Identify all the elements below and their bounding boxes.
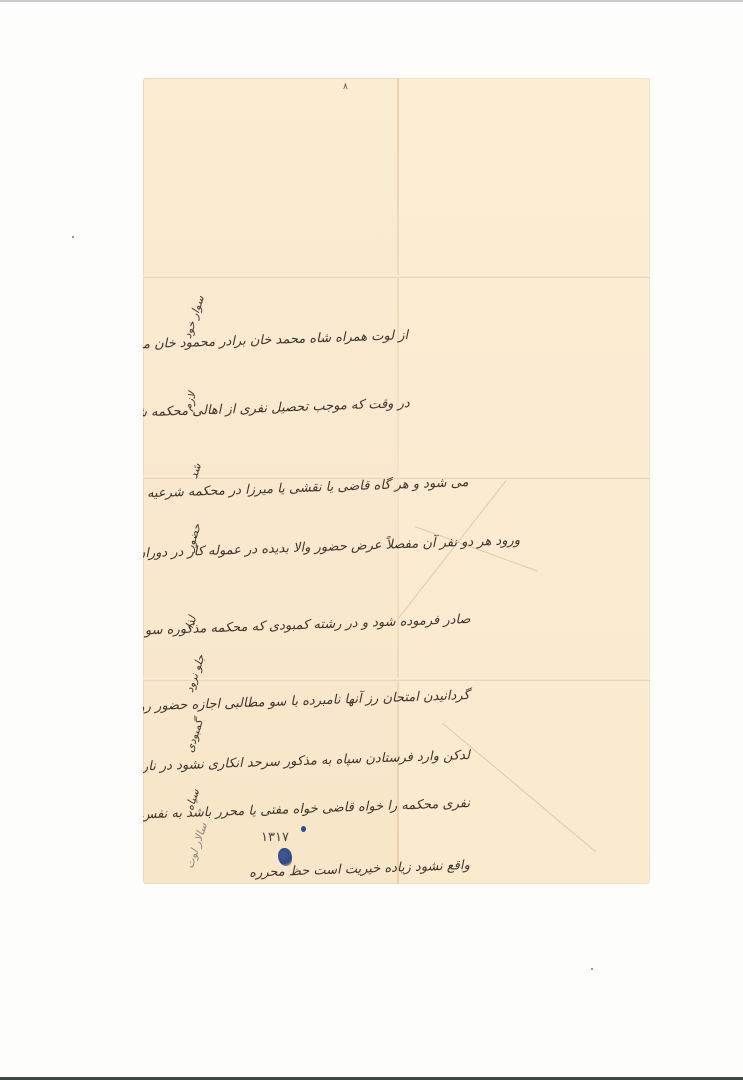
margin-note: جلو نرود — [183, 653, 207, 694]
horizontal-fold-crease — [143, 275, 650, 278]
stray-mark — [591, 968, 593, 970]
page-marker: ٨ — [343, 82, 348, 92]
scan-top-edge — [0, 0, 743, 2]
margin-note: گمبودی — [183, 718, 206, 754]
stray-mark — [72, 236, 74, 238]
margin-note: سوار خود — [181, 294, 207, 340]
blue-ink-dot — [301, 826, 306, 832]
date-numerals: ۱۳۱۷ — [261, 830, 289, 845]
horizontal-fold-crease — [143, 678, 650, 681]
blue-ink-blot — [278, 848, 292, 866]
letter-paper: ٨ از لوت همراه شاه محمد خان برادر محمود … — [143, 78, 650, 884]
pencil-signature-note: سالار لوت — [183, 821, 210, 870]
